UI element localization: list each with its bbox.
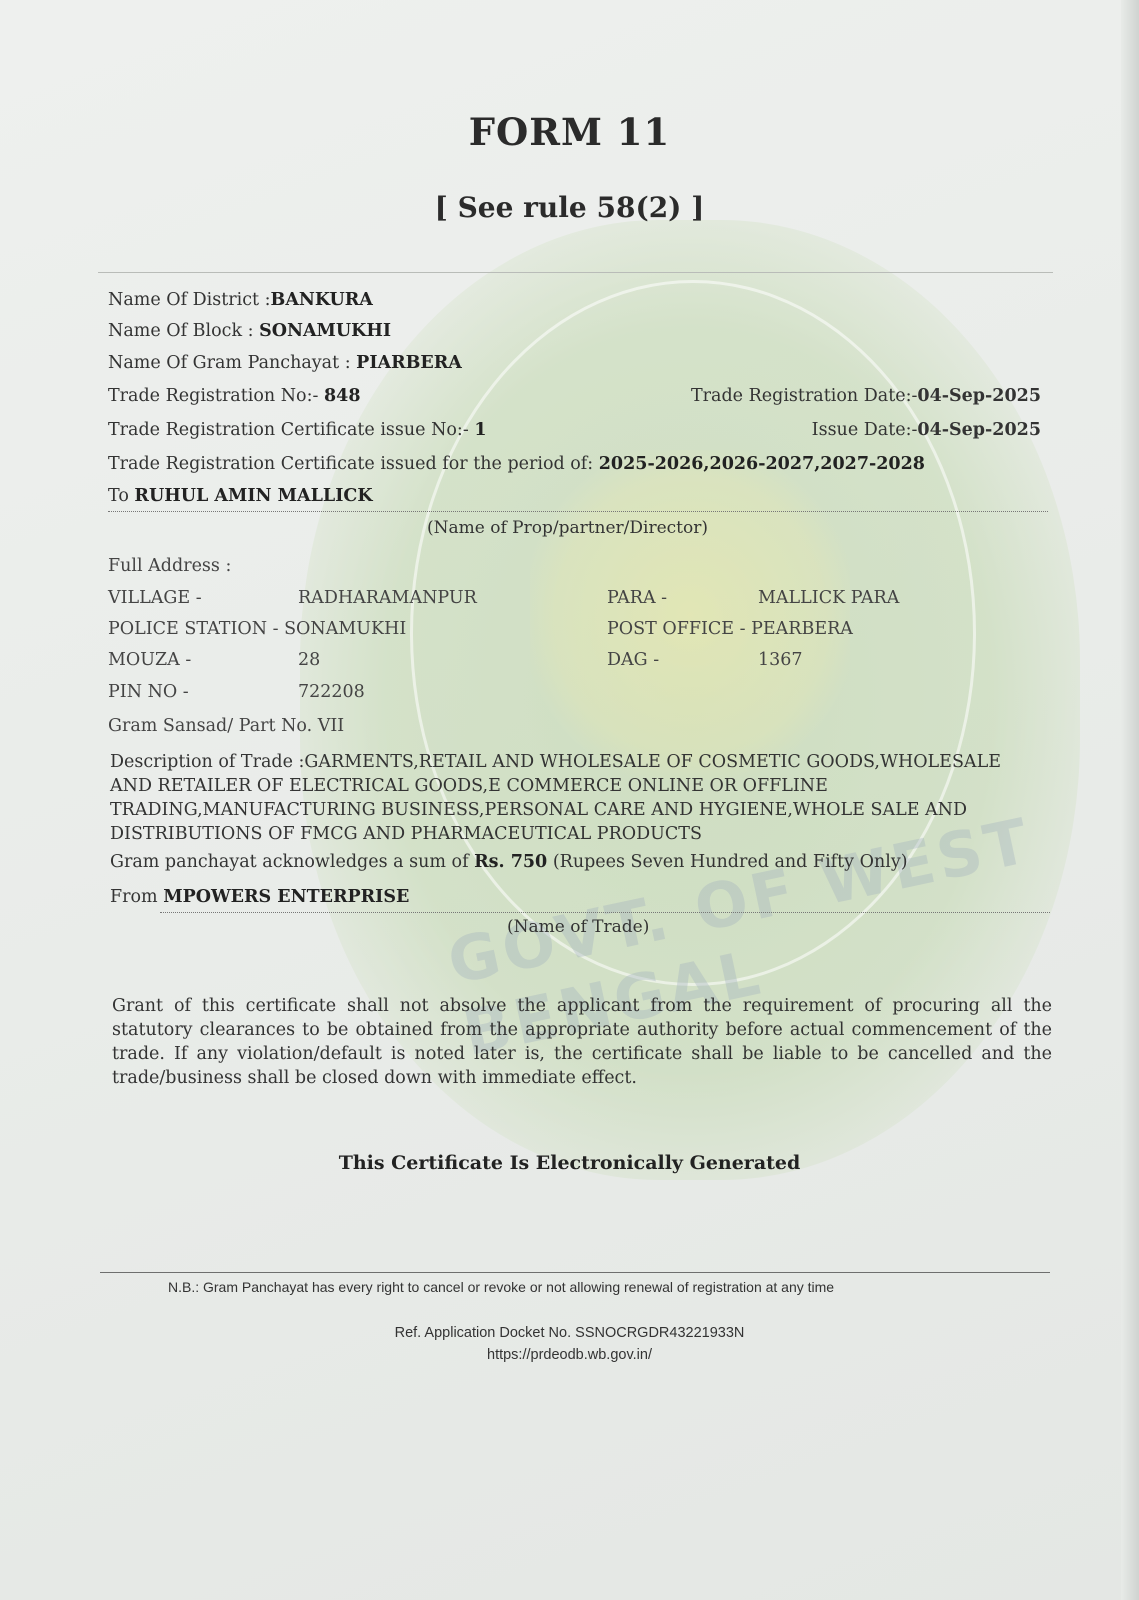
reference-block: Ref. Application Docket No. SSNOCRGDR432… bbox=[0, 1322, 1139, 1366]
website-url: https://prdeodb.wb.gov.in/ bbox=[0, 1344, 1139, 1366]
police-station-line: POLICE STATION - SONAMUKHI bbox=[108, 619, 406, 639]
block-value: SONAMUKHI bbox=[259, 321, 391, 341]
ack-words: (Rupees Seven Hundred and Fifty Only) bbox=[547, 852, 907, 872]
issue-date-label: Issue Date:- bbox=[812, 420, 918, 440]
post-office-line: POST OFFICE - PEARBERA bbox=[607, 619, 853, 639]
gp-label: Name Of Gram Panchayat : bbox=[108, 353, 356, 373]
period-line: Trade Registration Certificate issued fo… bbox=[108, 454, 925, 474]
trade-name-line: From MPOWERS ENTERPRISE bbox=[110, 887, 409, 907]
ack-prefix: Gram panchayat acknowledges a sum of bbox=[110, 852, 474, 872]
ack-amount: Rs. 750 bbox=[474, 852, 547, 872]
reg-no-value: 848 bbox=[324, 386, 361, 406]
reg-date-label: Trade Registration Date:- bbox=[691, 386, 917, 406]
top-divider bbox=[98, 272, 1053, 273]
address-heading: Full Address : bbox=[108, 556, 231, 576]
nb-note: N.B.: Gram Panchayat has every right to … bbox=[168, 1279, 834, 1295]
recipient-dotted-line bbox=[108, 511, 1048, 512]
trade-name-dotted-line bbox=[160, 912, 1050, 913]
to-label: To bbox=[108, 486, 134, 506]
reg-date-value: 04-Sep-2025 bbox=[917, 386, 1041, 406]
period-value: 2025-2026,2026-2027,2027-2028 bbox=[599, 454, 925, 474]
registration-date-line: Trade Registration Date:-04-Sep-2025 bbox=[691, 386, 1041, 406]
district-line: Name Of District :BANKURA bbox=[108, 290, 373, 310]
form-title: FORM 11 bbox=[0, 110, 1139, 154]
docket-number: Ref. Application Docket No. SSNOCRGDR432… bbox=[0, 1322, 1139, 1344]
trade-description: Description of Trade :GARMENTS,RETAIL AN… bbox=[110, 750, 1030, 846]
block-line: Name Of Block : SONAMUKHI bbox=[108, 321, 391, 341]
police-station-label: POLICE STATION - bbox=[108, 619, 284, 639]
trade-name: MPOWERS ENTERPRISE bbox=[163, 887, 409, 907]
seal-emblem bbox=[530, 450, 850, 780]
period-label: Trade Registration Certificate issued fo… bbox=[108, 454, 599, 474]
mouza-value: 28 bbox=[298, 650, 320, 670]
issue-no-value: 1 bbox=[474, 420, 486, 440]
gp-value: PIARBERA bbox=[356, 353, 462, 373]
issue-date-value: 04-Sep-2025 bbox=[917, 420, 1041, 440]
registration-no-line: Trade Registration No:- 848 bbox=[108, 386, 361, 406]
recipient-line: To RUHUL AMIN MALLICK bbox=[108, 486, 373, 506]
acknowledgement-line: Gram panchayat acknowledges a sum of Rs.… bbox=[110, 852, 908, 872]
post-office-label: POST OFFICE - bbox=[607, 619, 751, 639]
pin-label: PIN NO - bbox=[108, 682, 189, 702]
electronic-notice: This Certificate Is Electronically Gener… bbox=[0, 1152, 1139, 1174]
village-value: RADHARAMANPUR bbox=[298, 588, 477, 608]
issue-no-label: Trade Registration Certificate issue No:… bbox=[108, 420, 474, 440]
terms-paragraph: Grant of this certificate shall not abso… bbox=[112, 994, 1052, 1090]
block-label: Name Of Block : bbox=[108, 321, 259, 341]
from-label: From bbox=[110, 887, 163, 907]
bottom-divider bbox=[100, 1272, 1050, 1273]
police-station-value: SONAMUKHI bbox=[284, 619, 406, 639]
village-label: VILLAGE - bbox=[108, 588, 202, 608]
para-value: MALLICK PARA bbox=[758, 588, 899, 608]
gram-sansad: Gram Sansad/ Part No. VII bbox=[108, 716, 344, 736]
recipient-name: RUHUL AMIN MALLICK bbox=[134, 486, 372, 506]
dag-value: 1367 bbox=[758, 650, 803, 670]
mouza-label: MOUZA - bbox=[108, 650, 191, 670]
reg-no-label: Trade Registration No:- bbox=[108, 386, 324, 406]
issue-date-line: Issue Date:-04-Sep-2025 bbox=[812, 420, 1041, 440]
para-label: PARA - bbox=[607, 588, 667, 608]
issue-no-line: Trade Registration Certificate issue No:… bbox=[108, 420, 487, 440]
gram-panchayat-line: Name Of Gram Panchayat : PIARBERA bbox=[108, 353, 462, 373]
recipient-caption: (Name of Prop/partner/Director) bbox=[427, 518, 708, 538]
post-office-value: PEARBERA bbox=[751, 619, 853, 639]
trade-name-caption: (Name of Trade) bbox=[507, 917, 649, 937]
form-rule-reference: [ See rule 58(2) ] bbox=[0, 191, 1139, 224]
dag-label: DAG - bbox=[607, 650, 659, 670]
pin-value: 722208 bbox=[298, 682, 365, 702]
district-label: Name Of District : bbox=[108, 290, 271, 310]
district-value: BANKURA bbox=[271, 290, 373, 310]
